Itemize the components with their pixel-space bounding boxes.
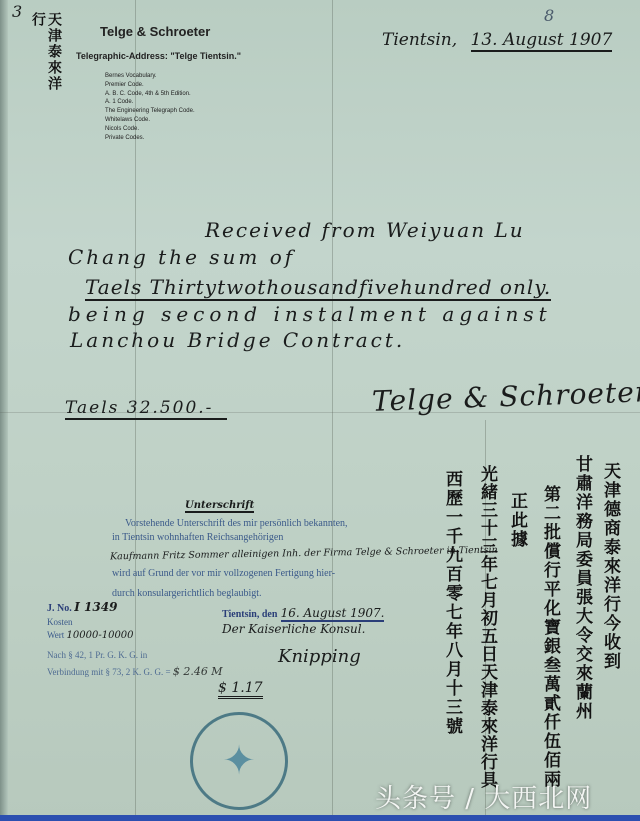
code-item: The Engineering Telegraph Code. [105, 107, 195, 116]
receipt-line-4: being second instalment against [68, 302, 552, 326]
letterhead-chinese-name: 天津泰來洋行 [30, 12, 62, 102]
certification-date-place: Tientsin, den [222, 609, 277, 620]
wert-value: 10000-10000 [67, 630, 134, 641]
fold-line [332, 0, 333, 821]
chinese-column-1: 天津德商泰來洋行今收到 [598, 462, 623, 762]
code-item: A. B. C. Code, 4th & 5th Edition. [105, 90, 195, 99]
letterhead-telegraphic-address: Telegraphic-Address: "Telge Tientsin." [76, 51, 241, 61]
fee-value: $ 2.46 M [173, 665, 223, 678]
certification-date: Tientsin, den 16. August 1907. [222, 606, 384, 620]
document-page: 3 8 天津泰來洋行 Telge & Schroeter Telegraphic… [0, 0, 640, 821]
wert: Wert 10000-10000 [47, 630, 134, 641]
kosten-label: Kosten [47, 617, 73, 627]
certification-line-4: wird auf Grund der vor mir vollzogenen F… [112, 568, 335, 579]
certification-line-1: Vorstehende Unterschrift des mir persönl… [125, 518, 348, 529]
certification-line-5: durch konsulargerichtlich beglaubigt. [112, 588, 262, 599]
receipt-line-1: Received from Weiyuan Lu [205, 218, 525, 242]
letterhead-company: Telge & Schroeter [100, 24, 210, 39]
source-watermark: 头条号 / 大西北网 [375, 778, 592, 815]
folio-number: 8 [544, 6, 554, 25]
bottom-edge [0, 815, 640, 821]
page-edge [0, 0, 8, 821]
code-item: Nicols Code. [105, 125, 195, 134]
code-item: A. 1 Code. [105, 98, 195, 107]
page-mark: 3 [12, 2, 22, 21]
consulate-seal: ✦ [190, 712, 288, 810]
fee-basis-1: Nach § 42, 1 Pr. G. K. G. in [47, 650, 147, 660]
fee-total: $ 1.17 [218, 680, 263, 699]
consul-title: Der Kaiserliche Konsul. [222, 622, 365, 636]
certification-heading: Unterschrift [185, 500, 254, 513]
dateline-date: 13. August 1907 [471, 30, 613, 52]
chinese-column-3: 第二批償行平化寶銀叁萬貳仟伍佰兩 [538, 485, 563, 815]
amount-figure: Taels 32.500.- [65, 398, 227, 420]
dateline: Tientsin, 13. August 1907 [382, 30, 612, 50]
chinese-column-2: 甘肅洋務局委員張大令交來蘭州 [570, 455, 595, 795]
journal-number: J. No. I 1349 [47, 600, 117, 614]
consul-signature: Knipping [278, 646, 361, 667]
chinese-column-5: 光緒三十三年七月初五日天津泰來洋行具 [475, 465, 500, 805]
chinese-column-4: 正此據 [505, 492, 530, 572]
certification-line-2: in Tientsin wohnhaften Reichsangehörigen [112, 532, 283, 543]
wert-label: Wert [47, 630, 64, 640]
fee-basis-2-text: Verbindung mit § 73, 2 K. G. G. = [47, 667, 171, 677]
code-item: Whitelaws Code. [105, 116, 195, 125]
code-item: Premier Code. [105, 81, 195, 90]
code-item: Private Codes. [105, 134, 195, 143]
journal-number-label: J. No. [47, 603, 72, 614]
fee-basis-2: Verbindung mit § 73, 2 K. G. G. = $ 2.46… [47, 665, 223, 678]
code-item: Bernes Vocabulary. [105, 72, 195, 81]
certification-date-value: 16. August 1907. [281, 606, 385, 622]
journal-number-value: I 1349 [74, 600, 117, 614]
receipt-amount-words: Taels Thirtytwothousandfivehundred only. [85, 275, 551, 301]
dateline-place: Tientsin, [382, 30, 457, 50]
letterhead-codes: Bernes Vocabulary. Premier Code. A. B. C… [105, 72, 195, 142]
receipt-line-5: Lanchou Bridge Contract. [70, 328, 405, 352]
chinese-column-6: 西歷一千九百零七年八月十三號 [440, 470, 465, 750]
receipt-line-2: Chang the sum of [68, 245, 295, 269]
eagle-icon: ✦ [214, 736, 264, 786]
